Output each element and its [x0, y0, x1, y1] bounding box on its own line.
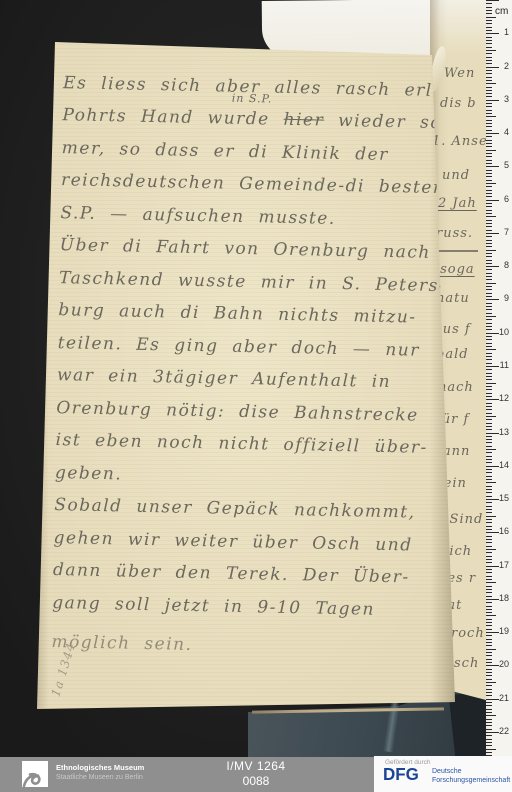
ruler-tick: [486, 509, 492, 510]
ruler-tick: [486, 619, 492, 620]
ruler-tick: [486, 10, 492, 11]
handwriting-line: gehen wir weiter über Osch und: [53, 528, 412, 556]
ruler-tick: [486, 419, 492, 420]
ruler-tick: [486, 722, 492, 723]
scan-page-number: 0088: [176, 774, 336, 789]
handwriting-line: Über di Fahrt von Orenburg nach: [60, 235, 432, 263]
ruler-tick: [486, 309, 492, 310]
dfg-org-name: Deutsche Forschungsgemeinschaft: [432, 767, 510, 785]
facing-page-text-fragment: 2 Jah: [438, 196, 477, 211]
struck-word: hier: [283, 110, 324, 131]
ruler-tick: [486, 153, 492, 154]
ruler-tick: [486, 742, 492, 743]
ruler-tick: [486, 739, 492, 740]
ruler-tick: [486, 519, 492, 520]
facing-page-text-fragment: 1. Anse: [432, 134, 486, 149]
ruler-tick: [486, 176, 492, 177]
ruler-tick: [486, 20, 492, 21]
ruler-tick: [486, 50, 496, 51]
ruler-tick: [486, 449, 496, 450]
ruler-tick: [486, 649, 496, 650]
ruler-tick: [486, 522, 492, 523]
ruler-tick: [486, 180, 492, 181]
ruler-tick: [486, 446, 492, 447]
ruler-tick: [486, 645, 492, 646]
ruler-tick: [486, 482, 496, 483]
funding-credit-box: Gefördert durch DFG Deutsche Forschungsg…: [374, 756, 512, 792]
ruler-number: 18: [486, 593, 509, 603]
ruler-tick: [486, 116, 496, 117]
ruler-number: 15: [486, 493, 509, 503]
handwriting-line: Sobald unser Gepäck nachkommt,: [54, 495, 416, 523]
ruler-tick: [486, 40, 492, 41]
ruler-tick: [486, 346, 492, 347]
ruler-tick: [486, 379, 492, 380]
ruler-tick: [486, 140, 492, 141]
ruler-tick: [486, 210, 492, 211]
ruler-tick: [486, 313, 492, 314]
ruler-tick: [486, 23, 492, 24]
ruler-tick: [486, 223, 492, 224]
scanned-letter-photo: Wendis b1. Anseund2 Jahruss.(soganatuaus…: [0, 0, 512, 792]
handwriting-line: teilen. Es ging aber doch — nur: [57, 333, 420, 361]
ruler-number: 17: [486, 560, 509, 570]
ruler-tick: [486, 319, 492, 320]
ruler-tick: [486, 612, 492, 613]
ruler-tick: [486, 106, 492, 107]
ruler-tick: [486, 672, 492, 673]
ruler-tick: [486, 582, 496, 583]
ruler-tick: [486, 576, 492, 577]
ruler-tick: [486, 752, 492, 753]
facing-page-text-fragment: russ.: [436, 226, 473, 241]
ruler-tick: [486, 240, 492, 241]
ruler-tick: [486, 276, 492, 277]
ruler-tick: [486, 246, 492, 247]
ruler-tick: [486, 17, 496, 18]
ruler-tick: [486, 349, 496, 350]
ruler-tick: [486, 150, 496, 151]
ruler-tick: [486, 256, 492, 257]
facing-page-text-fragment: natu: [436, 291, 470, 306]
ruler-number: 1: [486, 27, 509, 37]
ruler-number: 19: [486, 626, 509, 636]
ruler-tick: [486, 622, 492, 623]
handwriting-line: Pohrts Hand wurde hier wieder schlim-: [62, 105, 456, 134]
ruler-tick: [486, 80, 492, 81]
ruler-tick: [486, 279, 492, 280]
dfg-logo: DFG: [383, 765, 419, 786]
ruler-tick: [486, 77, 492, 78]
inventory-number: I/MV 1264: [176, 759, 336, 774]
ruler-tick: [486, 456, 492, 457]
ruler-tick: [486, 353, 492, 354]
ruler-tick: [486, 113, 492, 114]
handwriting-line: reichsdeutschen Gemeinde-di besten: [61, 170, 446, 198]
ruler-tick: [486, 589, 492, 590]
ruler-number: 11: [486, 360, 509, 370]
handwriting-line: ist eben noch nicht offiziell über-: [55, 430, 427, 458]
facing-page-text-fragment: Wen: [444, 66, 475, 81]
ruler-tick: [486, 253, 492, 254]
ruler-number: 6: [486, 194, 509, 204]
ruler-tick: [486, 146, 492, 147]
ruler-tick: [486, 516, 496, 517]
ruler-tick: [486, 250, 496, 251]
handwriting-line: geben.: [55, 463, 123, 484]
ruler-number: 7: [486, 227, 509, 237]
ruler-tick: [486, 709, 492, 710]
ruler-tick: [486, 73, 492, 74]
handwriting-line: Orenburg nötig: dise Bahnstrecke: [56, 398, 419, 426]
ruler-tick: [486, 87, 492, 88]
ruler-tick: [486, 47, 492, 48]
ruler-tick: [486, 83, 496, 84]
museum-subtitle: Staatliche Museen zu Berlin: [56, 773, 144, 782]
ruler-number: 10: [486, 327, 509, 337]
ruler-tick: [486, 506, 492, 507]
facing-page-text-fragment: dis b: [440, 96, 477, 111]
ruler-tick: [486, 655, 492, 656]
ruler-tick: [486, 173, 492, 174]
ruler-tick: [486, 715, 496, 716]
ruler-number: 13: [486, 427, 509, 437]
ruler-tick: [486, 423, 492, 424]
ruler-tick: [486, 406, 492, 407]
dfg-org-line2: Forschungsgemeinschaft: [432, 776, 510, 785]
ruler-tick: [486, 682, 496, 683]
ruler-tick: [486, 439, 492, 440]
ruler-tick: [486, 90, 492, 91]
ruler-tick: [486, 652, 492, 653]
ruler-tick: [486, 586, 492, 587]
ruler-tick: [486, 220, 492, 221]
ruler-number: 9: [486, 293, 509, 303]
ruler-tick: [486, 57, 492, 58]
museum-name: Ethnologisches Museum: [56, 763, 144, 773]
ruler-tick: [486, 416, 496, 417]
ruler-tick: [486, 609, 492, 610]
handwriting-line: dann über den Terek. Der Über-: [53, 560, 410, 587]
ruler-tick: [486, 639, 492, 640]
ruler-tick: [486, 120, 492, 121]
dfg-org-line1: Deutsche: [432, 767, 510, 776]
ruler-tick: [486, 383, 496, 384]
ruler-tick: [486, 183, 496, 184]
ruler-tick: [486, 53, 492, 54]
ruler-tick: [486, 213, 492, 214]
ruler-tick: [486, 186, 492, 187]
archive-footer-bar: Ethnologisches Museum Staatliche Museen …: [0, 757, 512, 792]
ruler-tick: [486, 243, 492, 244]
ruler-number: 16: [486, 526, 509, 536]
ruler-number: 8: [486, 260, 509, 270]
ruler-tick: [486, 719, 492, 720]
ruler-number: 5: [486, 160, 509, 170]
ruler-tick: [486, 685, 492, 686]
ruler-tick: [486, 486, 492, 487]
ruler-tick: [486, 409, 492, 410]
ruler-tick: [486, 13, 492, 14]
ruler-tick: [486, 549, 496, 550]
handwriting-line: S.P. — aufsuchen musste.: [60, 203, 336, 229]
ruler-tick: [486, 273, 492, 274]
ruler-tick: [486, 286, 492, 287]
ruler-tick: [486, 512, 492, 513]
ruler-tick: [486, 615, 496, 616]
ruler-tick: [486, 289, 492, 290]
ruler-tick: [486, 745, 492, 746]
ruler-tick: [486, 356, 492, 357]
ruler-tick: [486, 413, 492, 414]
ruler-tick: [486, 539, 492, 540]
ruler-number: 2: [486, 61, 509, 71]
ruler-tick: [486, 3, 492, 4]
ruler-tick: [486, 156, 492, 157]
ruler-tick: [486, 110, 492, 111]
ruler-tick: [486, 689, 492, 690]
ruler-tick: [486, 339, 492, 340]
ruler-number: 20: [486, 659, 509, 669]
handwriting-line: mer, so dass er di Klinik der: [62, 138, 389, 165]
cm-ruler: cm 12345678910111213141516171819202122: [486, 0, 512, 757]
ruler-tick: [486, 472, 492, 473]
ruler-tick: [486, 572, 492, 573]
inventory-reference: I/MV 1264 0088: [176, 759, 336, 789]
ruler-tick: [486, 323, 492, 324]
ruler-tick: [486, 479, 492, 480]
ruler-tick: [486, 43, 492, 44]
ruler-tick: [486, 343, 492, 344]
ruler-tick: [486, 452, 492, 453]
ruler-unit-label: cm: [495, 6, 508, 17]
ruler-tick: [486, 749, 496, 750]
ruler-tick: [486, 123, 492, 124]
handwriting-line: gang soll jetzt in 9-10 Tagen: [52, 593, 375, 620]
ruler-tick: [486, 606, 492, 607]
facing-page-text-fragment: und: [442, 168, 470, 183]
ruler-tick: [486, 216, 496, 217]
ruler-tick: [486, 376, 492, 377]
ruler-tick: [486, 642, 492, 643]
ruler-tick: [486, 283, 496, 284]
ruler-tick: [486, 7, 492, 8]
ruler-number: 14: [486, 460, 509, 470]
handwriting-line: war ein 3tägiger Aufenthalt in: [57, 365, 392, 392]
handwriting-line: burg auch di Bahn nichts mitzu-: [58, 300, 417, 327]
letter-page: in S.P. Es liess sich aber alles rasch e…: [37, 42, 456, 709]
ruler-number: 4: [486, 127, 509, 137]
ruler-tick: [486, 442, 492, 443]
ruler-tick: [486, 143, 492, 144]
ruler-tick: [486, 712, 492, 713]
ruler-number: 22: [486, 726, 509, 736]
ruler-tick: [486, 489, 492, 490]
ruler-tick: [486, 206, 492, 207]
ruler-tick: [486, 190, 492, 191]
ruler-tick: [486, 705, 492, 706]
handwriting-line: Taschkend wusste mir in S. Peters-: [59, 268, 446, 296]
ruler-tick: [486, 552, 492, 553]
ruler-number: 12: [486, 393, 509, 403]
ruler-tick: [486, 386, 492, 387]
museum-name-block: Ethnologisches Museum Staatliche Museen …: [56, 763, 144, 783]
facing-page-text-fragment: (soga: [434, 262, 475, 277]
ruler-tick: [486, 556, 492, 557]
ruler-tick: [486, 579, 492, 580]
ruler-tick: [486, 306, 492, 307]
ruler-tick: [486, 389, 492, 390]
ruler-tick: [486, 679, 492, 680]
handwriting-layer: in S.P. Es liess sich aber alles rasch e…: [37, 42, 456, 709]
ruler-tick: [486, 476, 492, 477]
ruler-number: 3: [486, 94, 509, 104]
ruler-tick: [486, 373, 492, 374]
ruler-tick: [486, 0, 499, 1]
ruler-tick: [486, 675, 492, 676]
ruler-number: 21: [486, 693, 509, 703]
ruler-tick: [486, 316, 496, 317]
ruler-tick: [486, 542, 492, 543]
ruler-tick: [486, 546, 492, 547]
smb-wave-logo-icon: [22, 761, 48, 787]
